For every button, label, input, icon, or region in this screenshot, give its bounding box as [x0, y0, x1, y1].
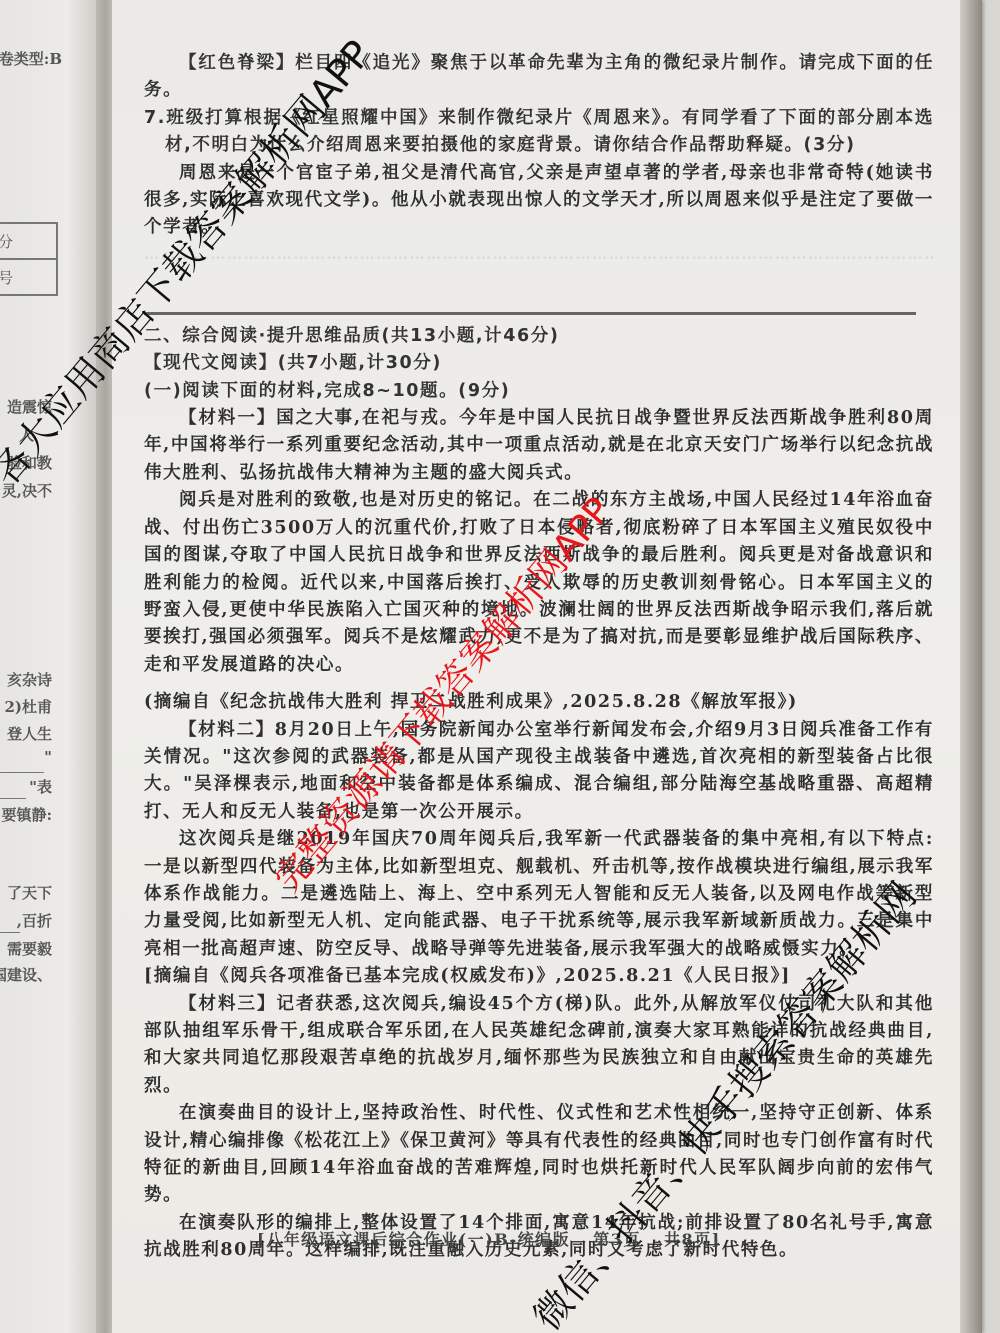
- section-divider: [144, 312, 916, 315]
- material1-paragraph: 【材料一】国之大事,在祀与戎。今年是中国人民抗日战争暨世界反法西斯战争胜利80周…: [144, 405, 934, 487]
- answer-area-bleedthrough: ……………………………………………………………………………………………………………: [144, 242, 934, 290]
- question-prompt: 班级打算根据《红星照耀中国》来制作微纪录片《周恩来》。有同学看了下面的部分剧本选…: [165, 108, 934, 155]
- left-page-table-row: 号: [0, 258, 58, 296]
- page-content: 【红色脊梁】栏目四《追光》聚焦于以革命先辈为主角的微纪录片制作。请完成下面的任务…: [144, 50, 934, 1265]
- left-page-fragment: 灵,决不: [2, 480, 52, 501]
- adjacent-page: 卷类型:B 分 号 造震惊 人 验和教 灵,决不 亥杂诗 2)杜甫 登人生 " …: [0, 0, 96, 1333]
- material2-paragraph: 这次阅兵是继2019年国庆70周年阅兵后,我军新一代武器装备的集中亮相,有以下特…: [144, 826, 934, 963]
- left-page-fragment: ": [44, 748, 52, 766]
- material2-source: [摘编自《阅兵各项准备已基本完成(权威发布)》,2025.8.21《人民日报》]: [144, 963, 934, 990]
- left-page-fragment: 人: [19, 424, 34, 445]
- part2-heading: 二、综合阅读·提升思维品质(共13小题,计46分): [144, 323, 934, 350]
- left-page-header-fragment: 卷类型:B: [0, 48, 62, 69]
- page-edge: [960, 0, 982, 1333]
- left-page-fragment: 登人生: [7, 723, 52, 744]
- reading-instruction: (一)阅读下面的材料,完成8~10题。(9分): [144, 378, 934, 405]
- page-footer: [八年级语文课后综合作业(一)B-统编版 第3页 共8页]: [257, 1227, 737, 1250]
- question-7: 7.班级打算根据《红星照耀中国》来制作微纪录片《周恩来》。有同学看了下面的部分剧…: [144, 105, 934, 160]
- material1-paragraph: 阅兵是对胜利的致敬,也是对历史的铭记。在二战的东方主战场,中国人民经过14年浴血…: [144, 487, 934, 679]
- script-excerpt: 周恩来是一个官宦子弟,祖父是清代高官,父亲是声望卓著的学者,母亲也非常奇特(她读…: [144, 160, 934, 242]
- left-page-fragment: 需要毅: [7, 938, 52, 959]
- footer-page-total: 共8页]: [664, 1230, 721, 1249]
- footer-page-current: 第3页: [593, 1230, 641, 1249]
- material3-paragraph: 【材料三】记者获悉,这次阅兵,编设45个方(梯)队。此外,从解放军仪仗司礼大队和…: [144, 991, 934, 1101]
- exam-page: 【红色脊梁】栏目四《追光》聚焦于以革命先辈为主角的微纪录片制作。请完成下面的任务…: [112, 0, 982, 1333]
- left-page-fragment: 2)杜甫: [4, 696, 52, 717]
- left-page-fragment: 要镇静:: [1, 804, 52, 825]
- footer-series: [八年级语文课后综合作业(一)B-统编版: [257, 1230, 570, 1249]
- answer-blank-line: [0, 932, 20, 933]
- left-page-table-row: 分: [0, 222, 58, 260]
- answer-blank-line: [0, 798, 26, 799]
- section-intro: 【红色脊梁】栏目四《追光》聚焦于以革命先辈为主角的微纪录片制作。请完成下面的任务…: [144, 50, 934, 105]
- answer-blank-line: [0, 772, 44, 773]
- left-page-fragment: 造震惊: [7, 396, 52, 417]
- left-page-fragment: "表: [29, 776, 52, 797]
- left-page-fragment: ,百折: [17, 910, 52, 931]
- question-number: 7.: [144, 108, 166, 128]
- left-page-fragment: 验和教: [7, 452, 52, 473]
- left-page-fragment: 亥杂诗: [7, 669, 52, 690]
- material1-source: (摘编自《纪念抗战伟大胜利 捍卫二战胜利成果》,2025.8.28《解放军报》): [144, 689, 934, 716]
- material2-paragraph: 【材料二】8月20日上午,国务院新闻办公室举行新闻发布会,介绍9月3日阅兵准备工…: [144, 717, 934, 827]
- left-page-fragment: 国建设、: [0, 964, 52, 985]
- material3-paragraph: 在演奏曲目的设计上,坚持政治性、时代性、仪式性和艺术性相统一,坚持守正创新、体系…: [144, 1100, 934, 1210]
- left-page-fragment: 了天下: [7, 882, 52, 903]
- part2-subheading: 【现代文阅读】(共7小题,计30分): [144, 350, 934, 377]
